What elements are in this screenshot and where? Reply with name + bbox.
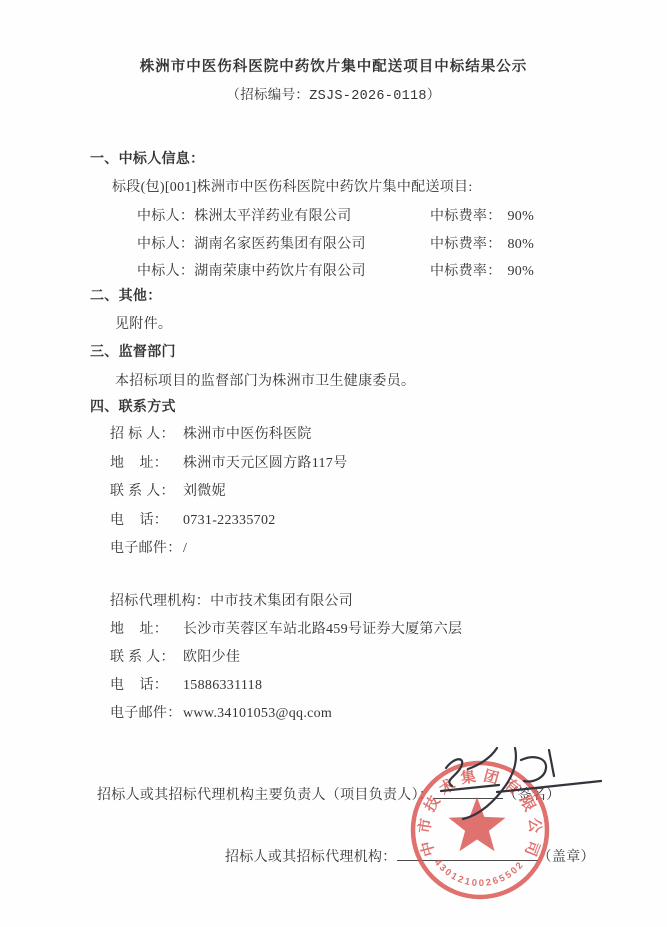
- seal-blank: [397, 848, 538, 861]
- contact-row-agency-phone: 电 话：15886331118: [110, 672, 667, 700]
- field-label: 地 址：: [110, 616, 183, 644]
- section-winner-info-heading: 一、中标人信息：: [90, 153, 667, 167]
- contact-row-tenderer-email: 电子邮件：/: [110, 535, 667, 564]
- field-value: 中市技术集团有限公司: [210, 594, 353, 609]
- fee-value: 90%: [508, 209, 535, 224]
- winner-company: 湖南荣康中药饮片有限公司: [194, 264, 366, 279]
- winner-label: 中标人：: [137, 264, 194, 279]
- field-value: 株洲市中医伤科医院: [183, 427, 312, 442]
- contact-row-agency-email: 电子邮件：www.34101053@qq.com: [110, 700, 667, 728]
- winner-row: 中标人：湖南名家医药集团有限公司 中标费率：80%: [137, 238, 667, 252]
- winner-row: 中标人：湖南荣康中药饮片有限公司 中标费率：90%: [137, 265, 667, 279]
- package-line: 标段(包)[001]株洲市中医伤科医院中药饮片集中配送项目:: [112, 181, 667, 195]
- contact-row-tenderer-name: 招 标 人：株洲市中医伤科医院: [110, 421, 667, 450]
- field-label: 电子邮件：: [110, 700, 183, 728]
- announcement-body: 株洲市中医伤科医院中药饮片集中配送项目中标结果公示 （招标编号：ZSJS-202…: [0, 0, 667, 865]
- contact-row-agency-name: 招标代理机构：中市技术集团有限公司: [110, 588, 667, 616]
- field-label: 联 系 人：: [110, 644, 183, 672]
- fee-cell: 中标费率：90%: [430, 265, 534, 279]
- contact-row-tenderer-person: 联 系 人：刘微妮: [110, 478, 667, 507]
- winner-label: 中标人：: [137, 237, 194, 252]
- field-label: 招 标 人：: [110, 421, 183, 450]
- winner-company: 湖南名家医药集团有限公司: [194, 237, 366, 252]
- fee-cell: 中标费率：90%: [430, 210, 534, 224]
- contact-row-agency-address: 地 址：长沙市芙蓉区车站北路459号证券大厦第六层: [110, 616, 667, 644]
- winner-company: 株洲太平洋药业有限公司: [194, 209, 351, 224]
- winner-label: 中标人：: [137, 209, 194, 224]
- signature-line1-label: 招标人或其招标代理机构主要负责人（项目负责人）：: [97, 788, 433, 803]
- contact-row-tenderer-phone: 电 话：0731-22335702: [110, 507, 667, 536]
- field-label: 电 话：: [110, 507, 183, 536]
- field-label: 电 话：: [110, 672, 183, 700]
- winner-row: 中标人：株洲太平洋药业有限公司 中标费率：90%: [137, 210, 667, 224]
- contact-row-agency-person: 联 系 人：欧阳少佳: [110, 644, 667, 672]
- field-value: 株洲市天元区圆方路117号: [183, 456, 347, 471]
- contact-row-tenderer-address: 地 址：株洲市天元区圆方路117号: [110, 450, 667, 479]
- field-value: 15886331118: [183, 678, 262, 693]
- fee-label: 中标费率：: [430, 237, 502, 252]
- section-contact-heading: 四、联系方式: [90, 401, 667, 415]
- fee-label: 中标费率：: [430, 209, 502, 224]
- field-value: /: [183, 541, 187, 556]
- fee-value: 90%: [508, 264, 535, 279]
- section-other-body: 见附件。: [115, 318, 667, 332]
- tender-number: （招标编号：ZSJS-2026-0118）: [0, 90, 667, 104]
- section-supervision-body: 本招标项目的监督部门为株洲市卫生健康委员。: [115, 375, 667, 389]
- fee-value: 80%: [508, 237, 535, 252]
- field-value: 刘微妮: [183, 484, 226, 499]
- signature-line2-label: 招标人或其招标代理机构：: [225, 850, 397, 865]
- section-supervision-heading: 三、监督部门: [90, 346, 667, 360]
- fee-label: 中标费率：: [430, 264, 502, 279]
- field-value: 欧阳少佳: [183, 650, 240, 665]
- section-other-heading: 二、其他：: [90, 290, 667, 304]
- signature-line-agency-seal: 招标人或其招标代理机构：（盖章）: [225, 848, 667, 865]
- signature-blank: [433, 786, 503, 799]
- field-label: 地 址：: [110, 450, 183, 479]
- signature-line1-suffix: （签名）: [503, 788, 560, 803]
- document-page: 株洲市中医伤科医院中药饮片集中配送项目中标结果公示 （招标编号：ZSJS-202…: [0, 0, 667, 927]
- signature-line2-suffix: （盖章）: [538, 850, 595, 865]
- page-title: 株洲市中医伤科医院中药饮片集中配送项目中标结果公示: [0, 60, 667, 75]
- field-label: 联 系 人：: [110, 478, 183, 507]
- field-label: 招标代理机构：: [110, 588, 210, 616]
- signature-line-responsible-person: 招标人或其招标代理机构主要负责人（项目负责人）：（签名）: [97, 786, 667, 803]
- field-value: www.34101053@qq.com: [183, 706, 332, 721]
- fee-cell: 中标费率：80%: [430, 238, 534, 252]
- field-value: 长沙市芙蓉区车站北路459号证券大厦第六层: [183, 622, 462, 637]
- field-value: 0731-22335702: [183, 513, 276, 528]
- agency-contact-block: 招标代理机构：中市技术集团有限公司 地 址：长沙市芙蓉区车站北路459号证券大厦…: [0, 588, 667, 728]
- tenderer-contact-block: 招 标 人：株洲市中医伤科医院 地 址：株洲市天元区圆方路117号 联 系 人：…: [0, 421, 667, 564]
- field-label: 电子邮件：: [110, 535, 183, 564]
